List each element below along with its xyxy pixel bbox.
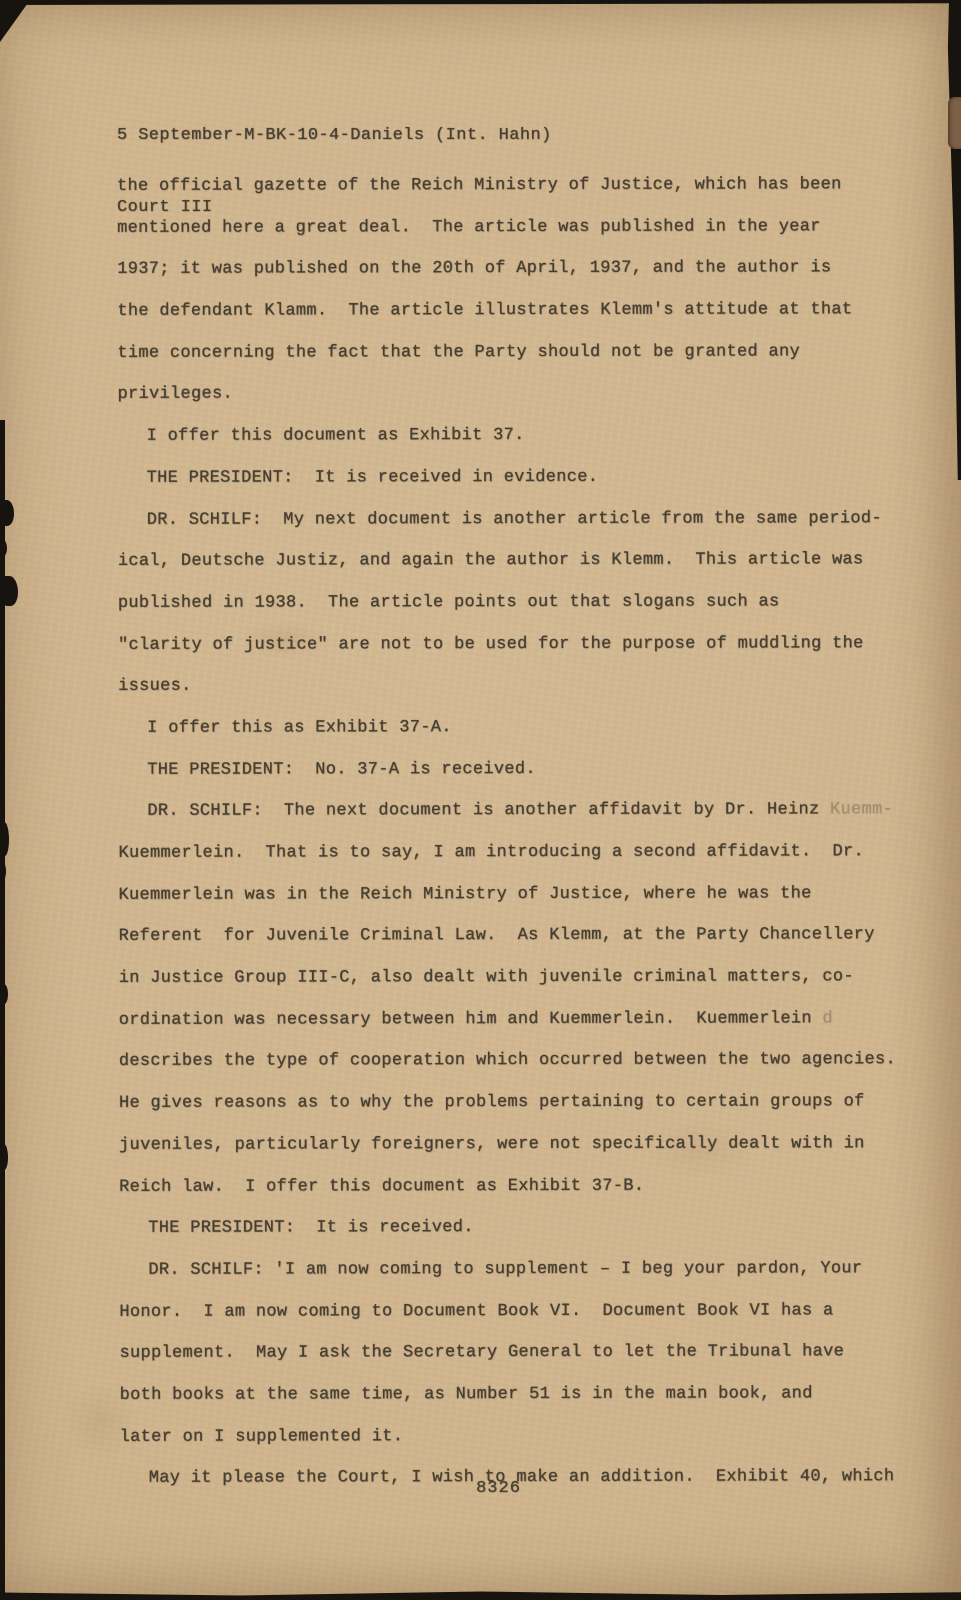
typed-line: Reich law. I offer this document as Exhi… — [119, 1165, 943, 1208]
typed-line-text: I offer this as Exhibit 37-A. — [147, 718, 452, 738]
typed-line-text: the defendant Klamm. The article illustr… — [117, 300, 852, 321]
typed-line-text: Reich law. I offer this document as Exhi… — [119, 1176, 644, 1196]
scan-edge-blob — [0, 822, 9, 856]
typed-line: THE PRESIDENT: It is received in evidenc… — [118, 456, 942, 499]
typed-line-text: Kuemmerlein was in the Reich Ministry of… — [119, 884, 812, 904]
typed-line-text: time concerning the fact that the Party … — [117, 342, 800, 362]
typed-line: Kuemmerlein was in the Reich Ministry of… — [118, 873, 942, 916]
typed-line-text: privileges. — [117, 385, 233, 404]
typed-line: describes the type of cooperation which … — [119, 1040, 943, 1083]
typed-line-text: 1937; it was published on the 20th of Ap… — [117, 259, 831, 279]
typed-line: Kuemmerlein. That is to say, I am introd… — [118, 831, 942, 874]
typed-line: the official gazette of the Reich Minist… — [117, 164, 941, 207]
typed-line: mentioned here a great deal. The article… — [117, 206, 941, 249]
page-number: 8326 — [0, 1479, 961, 1498]
typed-line: He gives reasons as to why the problems … — [119, 1081, 943, 1124]
typed-line: the defendant Klamm. The article illustr… — [117, 289, 941, 332]
scan-edge-blob — [0, 984, 8, 1004]
typed-line-text: ical, Deutsche Justiz, and again the aut… — [118, 550, 864, 571]
typed-line: later on I supplemented it. — [120, 1415, 944, 1458]
typed-line: supplement. May I ask the Secretary Gene… — [119, 1331, 943, 1374]
typed-line: both books at the same time, as Number 5… — [120, 1373, 944, 1416]
typed-line-text: Honor. I am now coming to Document Book … — [119, 1301, 833, 1321]
typed-line: ordination was necessary between him and… — [119, 998, 943, 1041]
typed-line-text: issues. — [118, 677, 192, 696]
typed-line-faded-text: Kuemm- — [830, 801, 893, 820]
typed-line-text: supplement. May I ask the Secretary Gene… — [119, 1343, 844, 1364]
typed-line: Referent for Juvenile Criminal Law. As K… — [119, 915, 943, 958]
typed-line-text: "clarity of justice" are not to be used … — [118, 634, 864, 655]
scan-edge-blob — [0, 1144, 8, 1170]
typed-line-text: juveniles, particularly foreigners, were… — [119, 1134, 865, 1155]
binder-tab — [948, 97, 961, 149]
typed-line: Honor. I am now coming to Document Book … — [119, 1290, 943, 1333]
typed-line-text: Kuemmerlein. That is to say, I am introd… — [118, 842, 864, 863]
typed-line: ical, Deutsche Justiz, and again the aut… — [118, 539, 942, 582]
typed-line: time concerning the fact that the Party … — [117, 331, 941, 374]
typed-line: juveniles, particularly foreigners, were… — [119, 1123, 943, 1166]
typed-line-text: published in 1938. The article points ou… — [118, 592, 780, 612]
typed-line: I offer this as Exhibit 37-A. — [118, 706, 942, 749]
typed-line-text: both books at the same time, as Number 5… — [120, 1384, 813, 1404]
typed-line-text: THE PRESIDENT: It is received in evidenc… — [147, 468, 599, 488]
typed-line-text: mentioned here a great deal. The article… — [117, 217, 821, 237]
typed-line-text: describes the type of cooperation which … — [119, 1051, 896, 1072]
typed-line-text: the official gazette of the Reich Minist… — [117, 175, 842, 196]
scan-edge-blob — [0, 862, 6, 880]
typed-line: published in 1938. The article points ou… — [118, 581, 942, 624]
typed-line: issues. — [118, 664, 942, 707]
typed-line-text: Referent for Juvenile Criminal Law. As K… — [119, 926, 875, 947]
scan-edge-blob — [0, 540, 7, 556]
typed-line-text: I offer this document as Exhibit 37. — [147, 426, 525, 446]
typed-line-text: DR. SCHILF: My next document is another … — [147, 509, 882, 530]
typed-line: "clarity of justice" are not to be used … — [118, 623, 942, 666]
typed-line: DR. SCHILF: The next document is another… — [118, 789, 942, 832]
typed-line-text: DR. SCHILF: The next document is another… — [147, 801, 830, 821]
typed-line: privileges. — [117, 373, 941, 416]
typed-lines: the official gazette of the Reich Minist… — [117, 164, 944, 1500]
typed-line: I offer this document as Exhibit 37. — [118, 414, 942, 457]
typed-line-text: DR. SCHILF: 'I am now coming to suppleme… — [148, 1259, 862, 1279]
typed-line-text: in Justice Group III-C, also dealt with … — [119, 967, 854, 988]
typed-line-text: THE PRESIDENT: No. 37-A is received. — [147, 760, 536, 780]
typed-line: DR. SCHILF: My next document is another … — [118, 498, 942, 541]
header-line-1: 5 September-M-BK-10-4-Daniels (Int. Hahn… — [117, 124, 552, 148]
typed-line: in Justice Group III-C, also dealt with … — [119, 956, 943, 999]
typed-line: THE PRESIDENT: It is received. — [119, 1206, 943, 1249]
scan-edge-blob — [2, 576, 18, 606]
typed-line-text: later on I supplemented it. — [120, 1427, 404, 1447]
typed-line: 1937; it was published on the 20th of Ap… — [117, 248, 941, 291]
typed-line: THE PRESIDENT: No. 37-A is received. — [118, 748, 942, 791]
typed-line-text: He gives reasons as to why the problems … — [119, 1092, 865, 1113]
scan-edge-blob — [0, 500, 14, 526]
typed-line-text: ordination was necessary between him and… — [119, 1009, 823, 1029]
typed-line-faded-text: d — [822, 1009, 833, 1028]
typed-line: DR. SCHILF: 'I am now coming to suppleme… — [119, 1248, 943, 1291]
typed-line-text: THE PRESIDENT: It is received. — [148, 1218, 474, 1238]
